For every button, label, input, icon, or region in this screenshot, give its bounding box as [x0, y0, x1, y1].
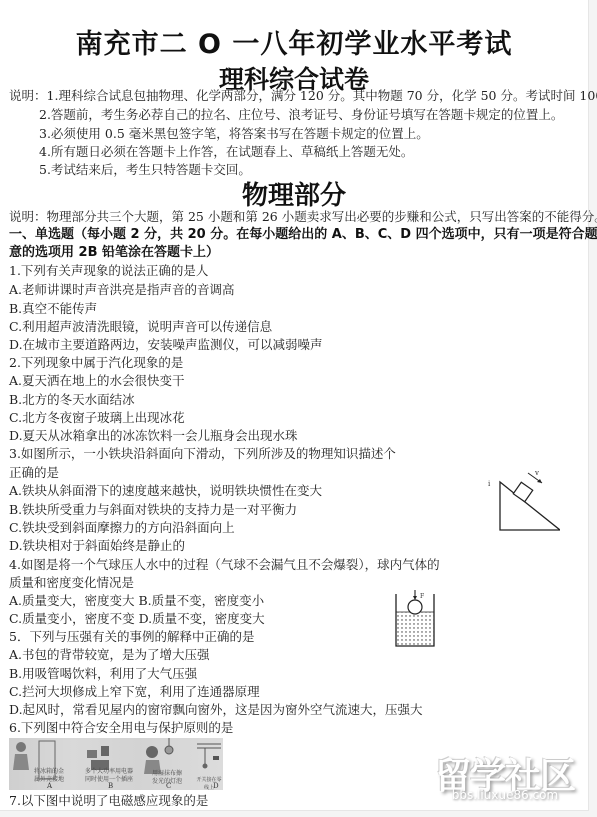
label-c: C — [166, 782, 171, 790]
question-option: A.老师讲课时声音洪亮是指声音的音调高 — [9, 282, 235, 298]
balloon-water-figure: F — [392, 590, 442, 650]
question-stem: 5．下列与压强有关的事例的解释中正确的是 — [9, 629, 254, 645]
instruction-item: 2.答题前，考生务必荐自己的拉名、庄位号、浪考证号、身份证号填写在答题卡规定的位… — [39, 107, 563, 123]
electric-safety-figure: 将冰箱的金属外壳接地 多个大功率用电器同时使用一个插座 用湿抹布擦发光的灯泡 开… — [9, 738, 223, 790]
question-stem: 2.下列现象中属于汽化现象的是 — [9, 355, 183, 371]
watermark-url: bbs.liuxue86.com — [430, 788, 580, 802]
question-option: B.北方的冬天水面结冰 — [9, 392, 135, 408]
question-option: B.真空不能传声 — [9, 301, 97, 317]
incline-figure: v i — [480, 470, 560, 535]
question-option: D.铁块相对于斜面始终是静止的 — [9, 538, 185, 554]
label-a: A — [47, 782, 52, 790]
question-stem-cont: 正确的是 — [9, 465, 59, 481]
question-option: B.用吸管喝饮料，利用了大气压强 — [9, 666, 197, 682]
question-option: A.夏天洒在地上的水会很快变干 — [9, 373, 185, 389]
question-option: D.夏天从冰箱拿出的冰冻饮料一会儿瓶身会出现水珠 — [9, 428, 298, 444]
question-option: C.拦河大坝修成上窄下宽，利用了连通器原理 — [9, 684, 260, 700]
physics-section-title: 物理部分 — [0, 175, 588, 212]
question-stem-cont: 质量和密度变化情况是 — [9, 575, 134, 591]
question-stem: 4.如图是将一个气球压人水中的过程（气球不会漏气且不会爆裂），球内气体的 — [9, 557, 440, 573]
watermark-logo: 留学社区 bbs.liuxue86.com — [430, 748, 580, 808]
label-d: D — [213, 782, 219, 790]
exam-page: 南充市二 O 一八年初学业水平考试 理科综合试卷 说明：1.理科综合试息包抽物理… — [0, 0, 589, 811]
svg-text:v: v — [534, 470, 539, 477]
question-option: D.起风时，常看见屋内的窗帘飘向窗外，这是因为窗外空气流速大，压强大 — [9, 702, 423, 718]
physics-note: 说明：物理部分共三个大题，第 25 小题和第 26 小题卖求写出必要的步赚和公式… — [9, 209, 597, 225]
question-options-row: A.质量变大，密度变大 B.质量不变，密度变小 — [9, 593, 264, 609]
svg-text:i: i — [488, 480, 491, 488]
question-option: D.在城市主要道路两边，安装噪声监测仪，可以减弱噪声 — [9, 337, 323, 353]
question-stem: 3.如图所示，一小铁块沿斜面向下滑动，下列所涉及的物理知识描述个 — [9, 446, 396, 462]
question-option: C.铁块受到斜面摩擦力的方向沿斜面向上 — [9, 520, 235, 536]
question-stem: 6.下列图中符合安全用电与保护原则的是 — [9, 720, 233, 736]
question-stem: 1.下列有关声现象的说法正确的是人 — [9, 263, 208, 279]
question-option: C.利用超声波清洗眼镜，说明声音可以传递信息 — [9, 319, 272, 335]
question-options-row: C.质量变小，密度不变 D.质量不变，密度变大 — [9, 611, 265, 627]
svg-text:F: F — [420, 593, 424, 600]
instruction-item: 4.所有题日必须在答题卡上作答，在试题春上、草稿纸上答题无处。 — [39, 144, 413, 160]
part1-heading-cont: 意的选项用 2B 铅笔涂在答题卡上） — [9, 245, 219, 261]
instructions-label-text: 说明： — [9, 88, 47, 103]
part1-heading: 一、单选题（每小题 2 分，共 20 分。在每小题给出的 A、B、C、D 四个选… — [9, 227, 597, 243]
question-option: A.书包的背带较宽，是为了增大压强 — [9, 647, 210, 663]
label-b: B — [108, 782, 113, 790]
instruction-item: 1.理科综合试息包抽物理、化学两部分，满分 120 分。其中物题 70 分，化学… — [47, 88, 597, 103]
question-stem: 7.以下图中说明了电磁感应现象的是 — [9, 793, 208, 809]
instructions-label: 说明：1.理科综合试息包抽物理、化学两部分，满分 120 分。其中物题 70 分… — [9, 88, 597, 104]
instruction-item: 3.必须使用 0.5 毫米黑包签字笔，将答案书写在答题卡规定的位置上。 — [39, 126, 429, 142]
exam-title: 南充市二 O 一八年初学业水平考试 — [0, 22, 588, 61]
question-option: C.北方冬夜窗子玻璃上出现冰花 — [9, 410, 185, 426]
question-option: A.铁块从斜面滑下的速度越来越快，说明铁块惯性在变大 — [9, 483, 322, 499]
question-option: B.铁块所受重力与斜面对铁块的支持力是一对平衡力 — [9, 502, 297, 518]
